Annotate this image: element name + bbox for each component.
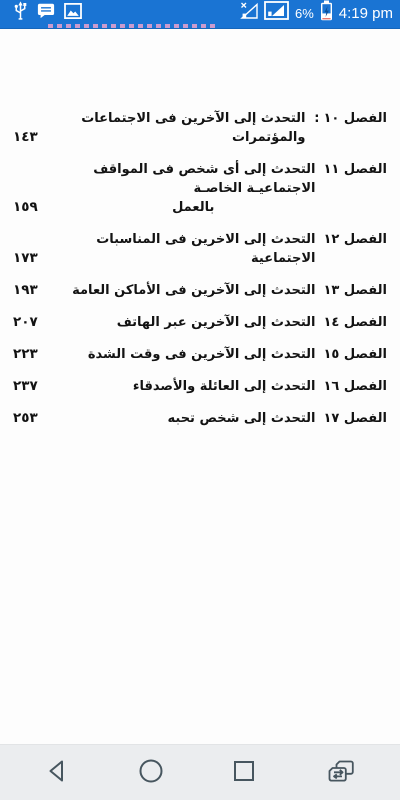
page-number: ١٥٩ xyxy=(13,198,63,217)
chapter-title: التحدث إلى الآخرين فى وقت الشدة xyxy=(71,345,315,364)
chapter-label: الفصل ١٦ xyxy=(323,377,387,396)
chapter-separator: : xyxy=(313,109,319,128)
page-number: ١٩٣ xyxy=(13,281,63,300)
sim-switch-icon xyxy=(325,759,356,787)
toc-row: الفصل ١٦ التحدث إلى العائلة والأصدقاء ٢٣… xyxy=(13,377,387,396)
home-button[interactable] xyxy=(134,754,168,791)
page-number: ١٤٣ xyxy=(13,128,63,147)
chapter-label: الفصل ١٣ xyxy=(323,281,387,300)
chapter-label: الفصل ١٤ xyxy=(323,313,387,332)
back-icon xyxy=(44,757,70,788)
chapter-title: التحدث إلى الآخرين فى الاجتماعات والمؤتم… xyxy=(71,109,305,147)
page-number: ١٧٣ xyxy=(13,249,63,268)
gallery-icon xyxy=(64,3,82,24)
chapter-label: الفصل ١٠ xyxy=(323,109,387,128)
chapter-label: الفصل ١٧ xyxy=(323,409,387,428)
status-bar-left-icons xyxy=(13,0,82,26)
toc-row: الفصل ١٣ التحدث إلى الآخرين فى الأماكن ا… xyxy=(13,281,387,300)
android-nav-bar xyxy=(0,744,400,800)
battery-percent: 6% xyxy=(295,6,314,21)
chapter-label: الفصل ١٥ xyxy=(323,345,387,364)
chapter-title-line1: التحدث إلى الآخرين فى وقت الشدة xyxy=(71,345,315,364)
chapter-title: التحدث إلى الاخرين فى المناسبات الاجتماع… xyxy=(71,230,315,268)
chapter-title-line1: التحدث إلى أى شخص فى المواقف الاجتماعيـة… xyxy=(71,160,315,198)
back-button[interactable] xyxy=(40,753,74,792)
toc-row: الفصل ١٢ التحدث إلى الاخرين فى المناسبات… xyxy=(13,230,387,268)
status-bar: 6% 4:19 pm xyxy=(0,0,400,29)
toc-row: الفصل ١٠ : التحدث إلى الآخرين فى الاجتما… xyxy=(13,109,387,147)
chapter-label: الفصل ١١ xyxy=(323,160,387,179)
chapter-title: التحدث إلى الآخرين فى الأماكن العامة xyxy=(71,281,315,300)
chapter-label: الفصل ١٢ xyxy=(323,230,387,249)
chapter-title: التحدث إلى أى شخص فى المواقف الاجتماعيـة… xyxy=(71,160,315,217)
toc-row: الفصل ١١ التحدث إلى أى شخص فى المواقف ال… xyxy=(13,160,387,217)
toc-row: الفصل ١٧ التحدث إلى شخص تحبه ٢٥٣ xyxy=(13,409,387,428)
battery-charging-icon xyxy=(320,0,333,26)
home-icon xyxy=(138,758,164,787)
page-number: ٢٢٣ xyxy=(13,345,63,364)
chapter-title-line1: التحدث إلى العائلة والأصدقاء xyxy=(71,377,315,396)
status-bar-divider xyxy=(0,28,400,29)
chapter-title-line1: التحدث إلى الاخرين فى المناسبات الاجتماع… xyxy=(71,230,315,268)
page-number: ٢٠٧ xyxy=(13,313,63,332)
table-of-contents: الفصل ١٠ : التحدث إلى الآخرين فى الاجتما… xyxy=(13,109,387,441)
sim2-signal-icon xyxy=(264,1,289,25)
chapter-title-line2: بالعمل xyxy=(71,198,315,217)
chapter-title: التحدث إلى العائلة والأصدقاء xyxy=(71,377,315,396)
usb-icon xyxy=(13,0,28,26)
status-bar-right: 6% 4:19 pm xyxy=(239,0,396,26)
chapter-title-line1: التحدث إلى الآخرين فى الاجتماعات والمؤتم… xyxy=(71,109,305,147)
message-icon xyxy=(37,2,55,24)
chapter-title-line1: التحدث إلى الآخرين عبر الهاتف xyxy=(71,313,315,332)
clock: 4:19 pm xyxy=(339,5,393,22)
page-number: ٢٥٣ xyxy=(13,409,63,428)
recents-button[interactable] xyxy=(227,754,261,791)
recents-icon xyxy=(231,758,257,787)
toc-row: الفصل ١٥ التحدث إلى الآخرين فى وقت الشدة… xyxy=(13,345,387,364)
chapter-title-line1: التحدث إلى شخص تحبه xyxy=(71,409,315,428)
sim1-no-signal-icon xyxy=(239,1,260,25)
sim-switch-button[interactable] xyxy=(321,755,360,791)
phone-screen: 6% 4:19 pm الفصل ١٠ : التحدث إل xyxy=(0,0,400,800)
chapter-title-line1: التحدث إلى الآخرين فى الأماكن العامة xyxy=(71,281,315,300)
toc-row: الفصل ١٤ التحدث إلى الآخرين عبر الهاتف ٢… xyxy=(13,313,387,332)
chapter-title: التحدث إلى الآخرين عبر الهاتف xyxy=(71,313,315,332)
page-number: ٢٣٧ xyxy=(13,377,63,396)
chapter-title: التحدث إلى شخص تحبه xyxy=(71,409,315,428)
